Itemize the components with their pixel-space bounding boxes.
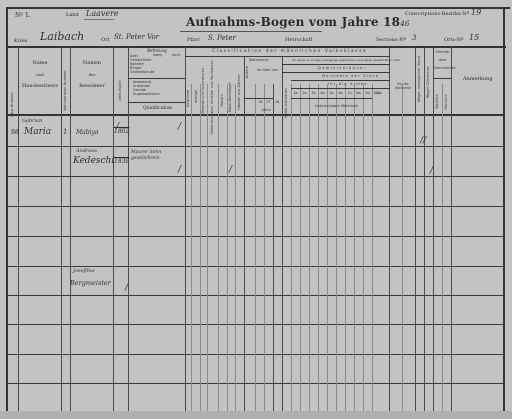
resident-name: Mabiya <box>76 129 98 136</box>
class-col-bauern: Bauern <box>220 94 224 107</box>
land-value: Laavere <box>86 9 119 18</box>
class-col-andere: Andere <box>245 66 249 79</box>
nachwuchs-col-17: 17 <box>266 100 270 104</box>
col-weiblich: Weiblich <box>435 94 439 109</box>
nachwuchs-col-16: 16 <box>258 100 262 104</box>
col-geburtsjahr: Geburtsjahr <box>118 80 122 101</box>
table-row: Andreas Kedeschi 1838 Maurer Sohn geistl… <box>8 147 503 177</box>
befreiung-col-verh: verh. <box>172 53 181 57</box>
sections-label: Sections-Nº <box>376 37 406 43</box>
fremde-header: Fremde dem Geschlechte <box>434 50 451 70</box>
census-form-sheet: Nº 1. Land Laavere Aufnahms-Bogen vom Ja… <box>0 0 512 419</box>
einbau-label: für die Vorspann <box>391 82 415 90</box>
militaer-label: Militär-Individuen <box>284 88 288 118</box>
col-hausnummer: Haus-Nummer <box>10 92 14 117</box>
conscription-label: Conscriptions-Bezirks-Nº <box>405 11 469 17</box>
col-owner-header: Name und Hausbesitzers <box>20 60 60 89</box>
resident-last-name: Bergmeister <box>70 279 111 287</box>
owner-last-name: Maria <box>24 127 51 137</box>
classification-title: Classification der männlichen Volksklass… <box>212 49 367 54</box>
herrschaft-label: Herrschaft <box>285 37 313 43</box>
ort-value: St. Peter Vor <box>114 33 159 41</box>
zuwachs-title: Im Laufe im vorigen Jahrgange gekommen u… <box>292 58 400 62</box>
table-row: Joseffine Bergmeister <box>8 267 503 295</box>
qualification-header: Qualification <box>143 106 172 111</box>
orts-value: 15 <box>469 33 479 42</box>
party-number: 1 <box>63 128 67 136</box>
house-number: 98 <box>11 129 19 136</box>
class-col-geistliche: Geistliche <box>186 90 190 107</box>
nachwuchs-title: Nachwuchs <box>249 58 269 62</box>
form-number: Nº 1. <box>15 12 31 19</box>
nachwuchs-sub: Im Alter von <box>257 68 278 72</box>
form-title: Aufnahms-Bogen vom Jahre 1846 <box>186 15 410 29</box>
befreiung-block: Befreiung Adel Geistlichkeit Beamte Bürg… <box>130 48 184 74</box>
class-col-haeusler: Häusler und Gärtner <box>237 74 241 110</box>
nachwuchs-col-18: 18 <box>275 100 279 104</box>
col-gebrechen: Wegen Gebrechen <box>426 66 430 98</box>
table-row: 98 Gabrian Maria 1 Mabiya 1802 <box>8 115 503 146</box>
col-untauglich: Wegen untauglicher Stand <box>417 56 421 102</box>
orts-label: Orts-Nº <box>444 37 463 43</box>
merkmale-label: Merkmale der Stand <box>322 74 379 78</box>
class-col-adelige: Adelige <box>194 90 198 103</box>
col-maennlich: Männlich <box>444 94 448 110</box>
resident-first-name: Andreas <box>76 148 97 154</box>
dominicalbauer-label: Dominicalbauer <box>318 66 367 70</box>
land-label: Land <box>66 12 79 18</box>
nachtrag-block: Abwesend Ausländer Fremde Zugewachsene <box>133 80 160 96</box>
age-col-labels: 1a 2a 3a 4a 5a 6a 7a 8a 9a 10a <box>291 91 381 95</box>
conscription-value: 19 <box>471 8 481 17</box>
fuer-armee-label: für die Armee <box>328 82 368 86</box>
kreis-value: Laibach <box>40 30 84 43</box>
pfarr-value: S. Peter <box>208 34 236 42</box>
qualification: Maurer Sohn geistlichrein <box>131 150 185 162</box>
anmerkung-header: Anmerkung <box>463 76 493 82</box>
ort-label: Ort <box>101 37 110 43</box>
pfarr-label: Pfarr <box>187 37 200 43</box>
resident-last-name: Kedeschi <box>73 156 114 166</box>
age-footer: Unbrauchbare Merkmale <box>315 104 358 108</box>
col-resident-header: Namen der Bewohner <box>72 60 112 89</box>
owner-first-name: Gabrian <box>22 118 42 124</box>
class-col-bauer-nachfolger: Bauer-Nachfolger <box>228 82 232 112</box>
befreiung-col-ledig: ledig <box>153 53 162 57</box>
sections-value: 3 <box>412 34 416 42</box>
class-col-beamte: Beamte und Honoratioren <box>201 68 205 113</box>
resident-first-name: Joseffine <box>73 268 95 274</box>
birth-year: 1838 <box>114 158 129 165</box>
kreis-label: Kreis <box>14 38 27 44</box>
nachwuchs-footer: Jahre <box>262 108 271 112</box>
col-wohnpartei: Wohnparteien-Nummer <box>63 70 67 111</box>
age-col-11: 11a <box>375 91 382 95</box>
